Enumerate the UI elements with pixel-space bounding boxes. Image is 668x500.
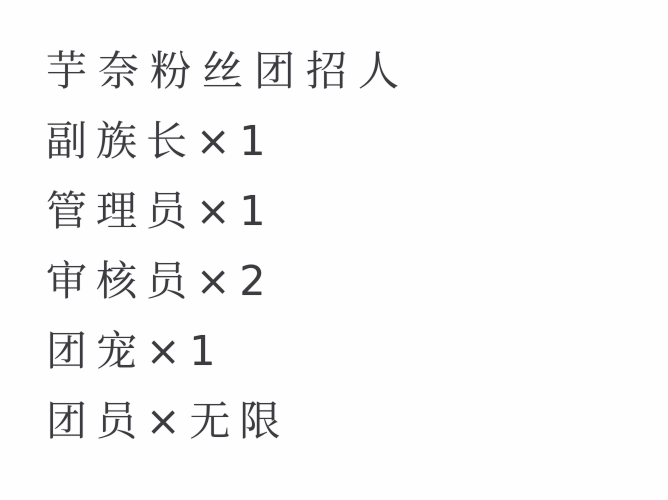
role-line-member: 团员×无限 (46, 386, 648, 456)
role-line-reviewer: 审核员×2 (46, 246, 648, 316)
role-line-administrator: 管理员×1 (46, 176, 648, 246)
announcement-title: 芋奈粉丝团招人 (46, 36, 648, 106)
role-line-deputy-leader: 副族长×1 (46, 106, 648, 176)
announcement-content: 芋奈粉丝团招人 副族长×1 管理员×1 审核员×2 团宠×1 团员×无限 (46, 36, 648, 456)
role-line-group-pet: 团宠×1 (46, 316, 648, 386)
handwritten-note-page: 芋奈粉丝团招人 副族长×1 管理员×1 审核员×2 团宠×1 团员×无限 (0, 0, 668, 500)
